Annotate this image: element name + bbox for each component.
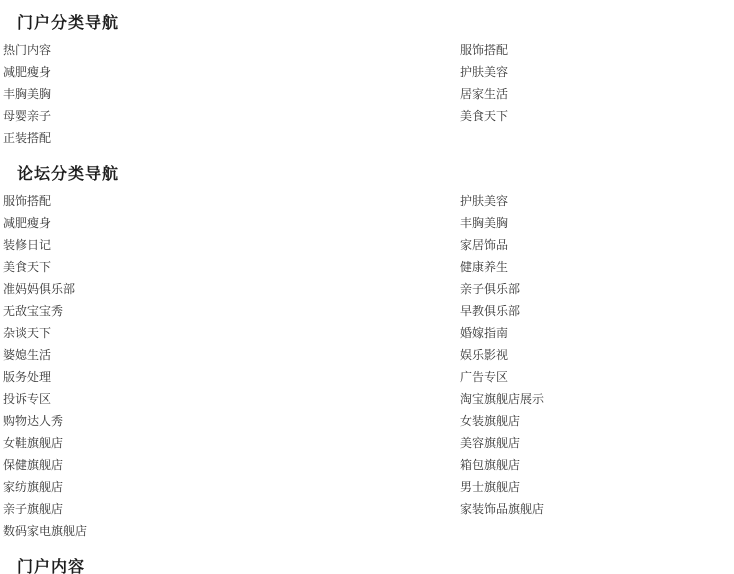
nav-link[interactable]: 广告专区 xyxy=(460,366,734,388)
nav-link[interactable]: 服饰搭配 xyxy=(460,39,734,61)
nav-link[interactable]: 美食天下 xyxy=(3,256,460,278)
nav-link[interactable]: 健康养生 xyxy=(460,256,734,278)
nav-link[interactable]: 购物达人秀 xyxy=(3,410,460,432)
nav-link[interactable]: 居家生活 xyxy=(460,83,734,105)
nav-link[interactable]: 护肤美容 xyxy=(460,61,734,83)
section-portal-category-nav: 门户分类导航热门内容服饰搭配减肥瘦身护肤美容丰胸美胸居家生活母婴亲子美食天下正装… xyxy=(3,14,734,149)
nav-link[interactable]: 服饰搭配 xyxy=(3,190,460,212)
nav-link[interactable]: 版务处理 xyxy=(3,366,460,388)
section-title-portal-category-nav: 门户分类导航 xyxy=(17,14,734,31)
section-nav-list: 服饰搭配护肤美容减肥瘦身丰胸美胸装修日记家居饰品美食天下健康养生准妈妈俱乐部亲子… xyxy=(3,190,734,542)
nav-link[interactable]: 准妈妈俱乐部 xyxy=(3,278,460,300)
nav-link[interactable]: 保健旗舰店 xyxy=(3,454,460,476)
nav-link[interactable]: 婆媳生活 xyxy=(3,344,460,366)
nav-link[interactable]: 美容旗舰店 xyxy=(460,432,734,454)
sitemap-page: 门户分类导航热门内容服饰搭配减肥瘦身护肤美容丰胸美胸居家生活母婴亲子美食天下正装… xyxy=(0,0,734,574)
nav-link[interactable]: 家纺旗舰店 xyxy=(3,476,460,498)
nav-link[interactable]: 丰胸美胸 xyxy=(460,212,734,234)
nav-link[interactable]: 女装旗舰店 xyxy=(460,410,734,432)
section-title-portal-content: 门户内容 xyxy=(17,558,734,574)
section-portal-content: 门户内容 xyxy=(3,558,734,574)
nav-link[interactable]: 家居饰品 xyxy=(460,234,734,256)
nav-link[interactable]: 减肥瘦身 xyxy=(3,61,460,83)
nav-link[interactable]: 装修日记 xyxy=(3,234,460,256)
section-nav-list: 热门内容服饰搭配减肥瘦身护肤美容丰胸美胸居家生活母婴亲子美食天下正装搭配 xyxy=(3,39,734,149)
nav-link[interactable]: 亲子旗舰店 xyxy=(3,498,460,520)
nav-link[interactable]: 淘宝旗舰店展示 xyxy=(460,388,734,410)
nav-link[interactable]: 男士旗舰店 xyxy=(460,476,734,498)
nav-link[interactable]: 减肥瘦身 xyxy=(3,212,460,234)
nav-link[interactable]: 丰胸美胸 xyxy=(3,83,460,105)
nav-link[interactable]: 母婴亲子 xyxy=(3,105,460,127)
nav-link[interactable]: 热门内容 xyxy=(3,39,460,61)
nav-link[interactable]: 娱乐影视 xyxy=(460,344,734,366)
nav-link[interactable]: 箱包旗舰店 xyxy=(460,454,734,476)
nav-link[interactable]: 早教俱乐部 xyxy=(460,300,734,322)
nav-link[interactable]: 家装饰品旗舰店 xyxy=(460,498,734,520)
nav-link[interactable]: 女鞋旗舰店 xyxy=(3,432,460,454)
nav-link[interactable]: 投诉专区 xyxy=(3,388,460,410)
section-title-forum-category-nav: 论坛分类导航 xyxy=(17,165,734,182)
nav-link[interactable]: 美食天下 xyxy=(460,105,734,127)
nav-link[interactable]: 婚嫁指南 xyxy=(460,322,734,344)
nav-link[interactable]: 护肤美容 xyxy=(460,190,734,212)
section-forum-category-nav: 论坛分类导航服饰搭配护肤美容减肥瘦身丰胸美胸装修日记家居饰品美食天下健康养生准妈… xyxy=(3,165,734,542)
nav-link[interactable]: 亲子俱乐部 xyxy=(460,278,734,300)
nav-link[interactable]: 杂谈天下 xyxy=(3,322,460,344)
nav-link[interactable]: 数码家电旗舰店 xyxy=(3,520,460,542)
nav-link[interactable]: 无敌宝宝秀 xyxy=(3,300,460,322)
nav-link[interactable]: 正装搭配 xyxy=(3,127,460,149)
